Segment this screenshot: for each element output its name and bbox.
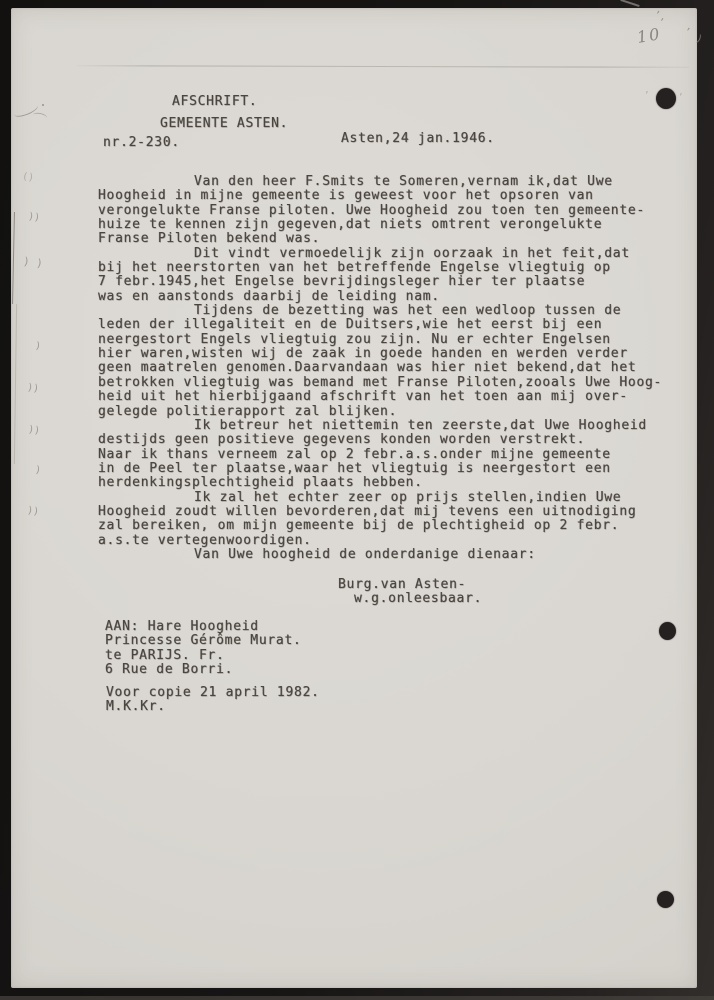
pencil-mark: )) xyxy=(26,382,39,395)
copy-note-line: M.K.Kr. xyxy=(106,700,320,714)
punch-hole-top xyxy=(656,88,676,109)
pencil-tick: ’ xyxy=(644,91,649,101)
body-line: betrokken vliegtuig was bemand met Frans… xyxy=(98,376,662,390)
body-line: neergestort Engels vliegtuig zou zijn. N… xyxy=(98,333,662,347)
punch-hole-bottom xyxy=(657,891,674,908)
copy-note-line: Voor copie 21 april 1982. xyxy=(106,686,320,700)
scratch-mark xyxy=(14,304,17,464)
body-line: Van Uwe hoogheid de onderdanige dienaar: xyxy=(98,548,662,562)
scan-bottom-edge xyxy=(0,996,714,1000)
reference-number: nr.2-230. xyxy=(103,136,180,150)
body-line: destijds geen positieve gegevens konden … xyxy=(98,433,662,447)
pencil-tick: ’ xyxy=(678,93,683,103)
letter-body: Van den heer F.Smits te Someren,vernam i… xyxy=(98,175,662,562)
body-line: a.s.te vertegenwoordigen. xyxy=(98,534,662,548)
body-line: herdenkingsplechtigheid plaats hebben. xyxy=(98,476,662,490)
recipient-line: Princesse Gérôme Murat. xyxy=(105,634,302,648)
copy-note-block: Voor copie 21 april 1982.M.K.Kr. xyxy=(106,686,320,715)
place-date-line: Asten,24 jan.1946. xyxy=(341,132,495,146)
pencil-tick: ) xyxy=(694,33,704,46)
municipality-label: GEMEENTE ASTEN. xyxy=(160,117,288,131)
pencil-mark: ) xyxy=(34,465,42,477)
pencil-tick: ’ xyxy=(682,26,691,38)
recipient-line: te PARIJS. Fr. xyxy=(105,649,302,663)
pencil-scribble xyxy=(32,112,47,122)
body-line: gelegde politierapport zal blijken. xyxy=(98,405,662,419)
body-line: verongelukte Franse piloten. Uwe Hooghei… xyxy=(98,204,662,218)
signature-line: w.g.onleesbaar. xyxy=(354,592,482,606)
body-line: Naar ik thans verneem zal op 2 febr.a.s.… xyxy=(98,448,662,462)
punch-hole-middle xyxy=(659,622,676,640)
pencil-mark: ) ) xyxy=(22,255,43,271)
recipient-line: 6 Rue de Borri. xyxy=(105,663,302,677)
body-line: was en aanstonds daarbij de leiding nam. xyxy=(98,290,662,304)
copy-label: AFSCHRIFT. xyxy=(172,95,257,109)
frame-scratch-mark xyxy=(620,0,640,7)
page-number-annotation: 10 xyxy=(636,24,663,47)
body-line: heid uit het hierbijgaand afschrift van … xyxy=(98,390,662,404)
pencil-scribble xyxy=(42,104,44,106)
body-line: geen maatrelen genomen.Daarvandaan was h… xyxy=(98,361,662,375)
pencil-mark: )) xyxy=(27,211,40,224)
pencil-mark: )) xyxy=(26,505,39,518)
body-line: Dit vindt vermoedelijk zijn oorzaak in h… xyxy=(98,247,662,261)
pencil-mark: )) xyxy=(27,424,40,437)
pencil-mark: () xyxy=(21,171,34,184)
body-line: leden der illegaliteit en de Duitsers,wi… xyxy=(98,318,662,332)
body-line: zal bereiken, om mijn gemeente bij de pl… xyxy=(98,519,662,533)
recipient-address-block: AAN: Hare HoogheidPrincesse Gérôme Murat… xyxy=(105,620,302,677)
body-line: Hoogheid in mijne gemeente is geweest vo… xyxy=(98,189,662,203)
signature-block: Burg.van Asten-w.g.onleesbaar. xyxy=(338,578,482,607)
crease-line xyxy=(77,65,689,68)
pencil-mark: ) xyxy=(34,341,42,353)
scanned-letter-background: 10 ’, ’ ) ’ ’ ()))) ))))))))) AFSCHRIFT.… xyxy=(0,0,714,1000)
body-line: Franse Piloten bekend was. xyxy=(98,232,662,246)
body-line: 7 febr.1945,het Engelse bevrijdingsleger… xyxy=(98,275,662,289)
paper-page: 10 ’, ’ ) ’ ’ ()))) ))))))))) AFSCHRIFT.… xyxy=(11,8,697,988)
scratch-mark xyxy=(12,212,15,304)
pencil-tick: ’, xyxy=(653,10,667,24)
body-line: Ik zal het echter zeer op prijs stellen,… xyxy=(98,491,662,505)
